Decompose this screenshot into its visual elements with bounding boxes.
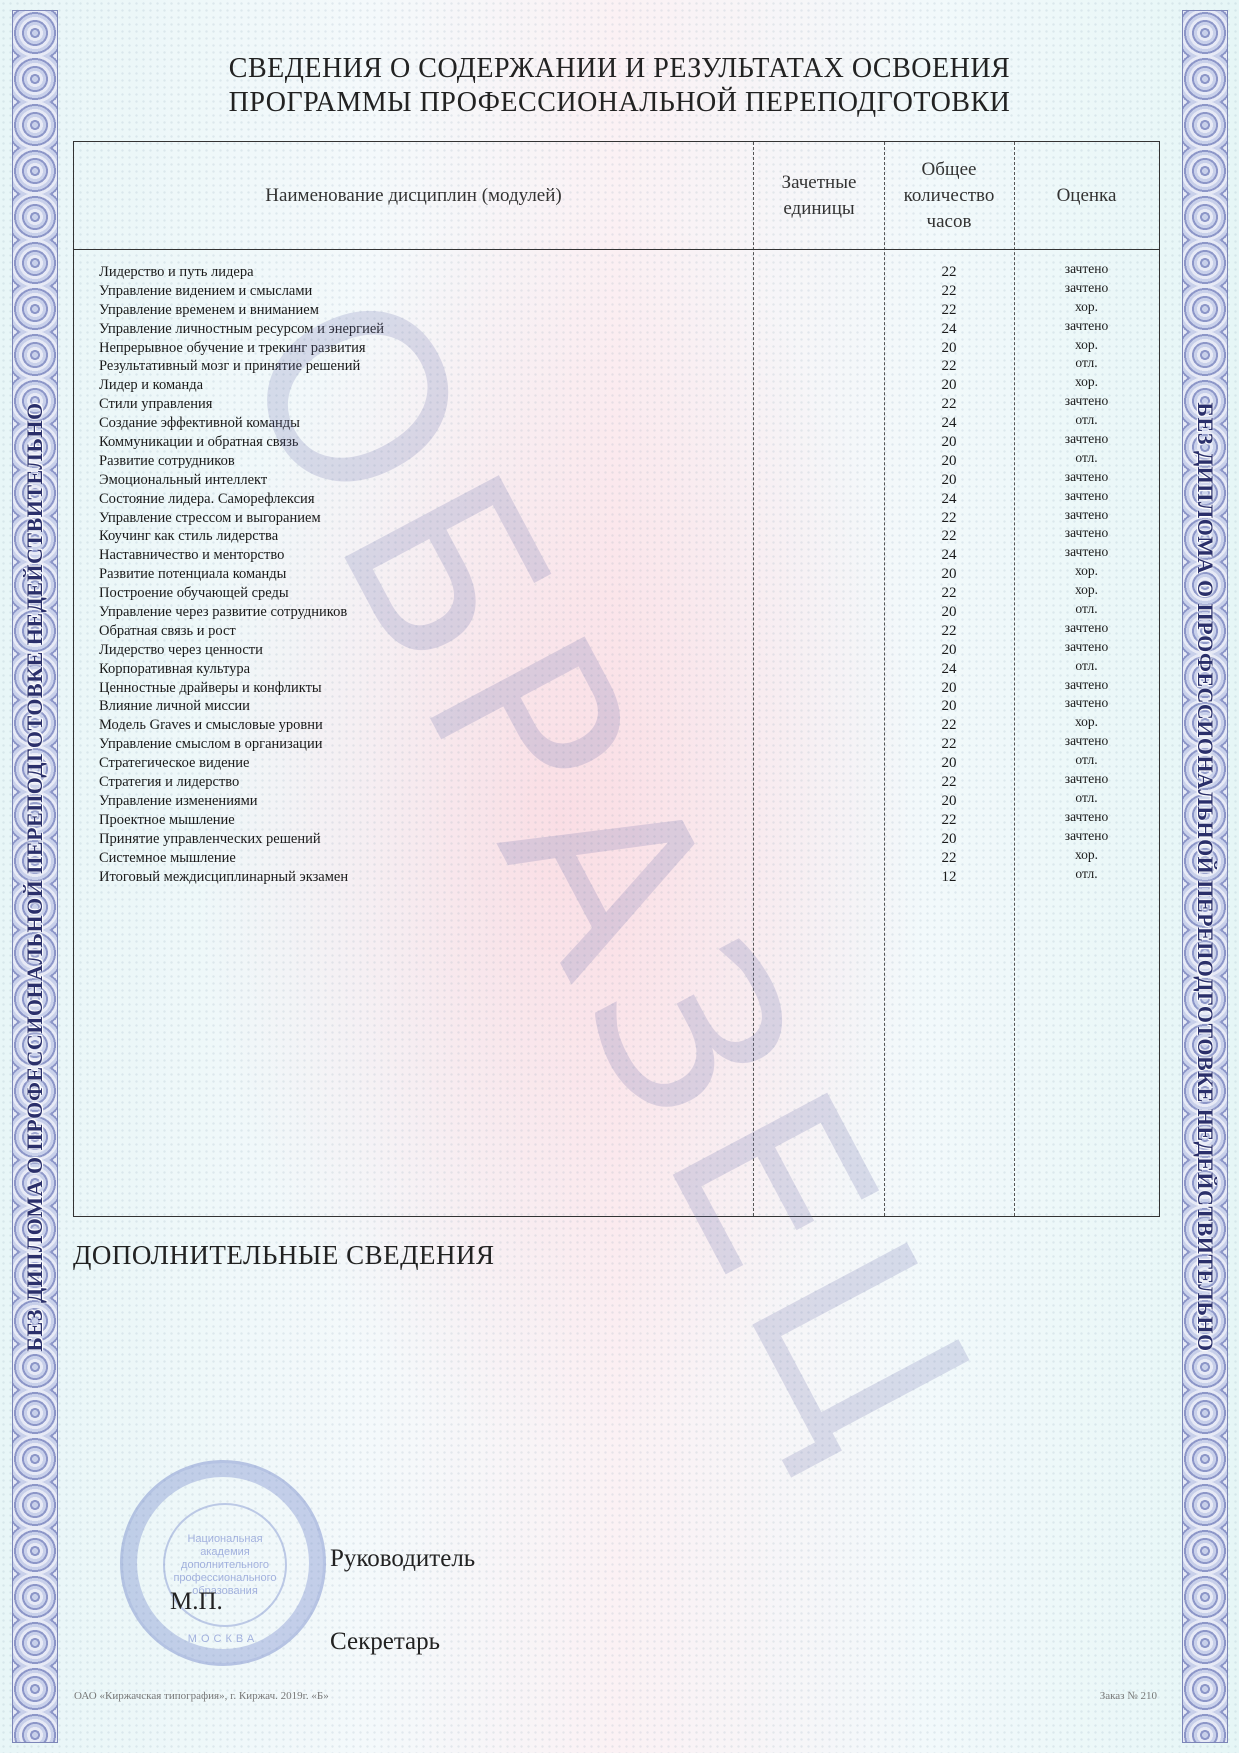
header-credits: Зачетные единицы <box>763 142 875 249</box>
grade-value: зачтено <box>1014 487 1159 505</box>
hours-value: 24 <box>884 414 1014 432</box>
hours-value: 22 <box>884 584 1014 602</box>
discipline-name: Стратегия и лидерство <box>99 773 239 791</box>
grade-value: зачтено <box>1014 619 1159 637</box>
discipline-name: Управление видением и смыслами <box>99 282 312 300</box>
discipline-name: Стили управления <box>99 395 212 413</box>
grade-value: хор. <box>1014 298 1159 316</box>
discipline-name: Управление личностным ресурсом и энергие… <box>99 320 384 338</box>
grade-value: зачтено <box>1014 694 1159 712</box>
table-row: Корпоративная культура24отл. <box>74 660 1159 679</box>
header-hours: Общее количество часов <box>894 142 1004 249</box>
grade-value: зачтено <box>1014 260 1159 278</box>
disciplines-table: Наименование дисциплин (модулей) Зачетны… <box>73 141 1160 1217</box>
hours-value: 20 <box>884 697 1014 715</box>
grade-value: отл. <box>1014 865 1159 883</box>
hours-value: 24 <box>884 490 1014 508</box>
table-row: Управление личностным ресурсом и энергие… <box>74 320 1159 339</box>
hours-value: 22 <box>884 263 1014 281</box>
hours-value: 22 <box>884 735 1014 753</box>
hours-value: 22 <box>884 301 1014 319</box>
grade-value: хор. <box>1014 581 1159 599</box>
grade-value: зачтено <box>1014 430 1159 448</box>
table-row: Построение обучающей среды22хор. <box>74 584 1159 603</box>
hours-value: 20 <box>884 433 1014 451</box>
table-row: Управление изменениями20отл. <box>74 792 1159 811</box>
hours-value: 20 <box>884 565 1014 583</box>
table-body: Лидерство и путь лидера22зачтеноУправлен… <box>74 263 1159 886</box>
hours-value: 20 <box>884 679 1014 697</box>
grade-value: отл. <box>1014 449 1159 467</box>
additional-info-heading: ДОПОЛНИТЕЛЬНЫЕ СВЕДЕНИЯ <box>73 1240 495 1271</box>
table-row: Лидерство и путь лидера22зачтено <box>74 263 1159 282</box>
stamp-place-label: М.П. <box>170 1588 223 1616</box>
table-row: Стили управления22зачтено <box>74 395 1159 414</box>
grade-value: хор. <box>1014 713 1159 731</box>
hours-value: 22 <box>884 811 1014 829</box>
hours-value: 12 <box>884 868 1014 886</box>
official-stamp: Национальная академия дополнительного пр… <box>120 1460 326 1666</box>
header-divider <box>74 249 1159 250</box>
director-signature-label: Руководитель <box>330 1545 475 1573</box>
table-row: Системное мышление22хор. <box>74 849 1159 868</box>
header-grade: Оценка <box>1014 142 1159 249</box>
printer-info: ОАО «Киржачская типография», г. Киржач. … <box>74 1690 329 1702</box>
table-row: Управление смыслом в организации22зачтен… <box>74 735 1159 754</box>
table-row: Обратная связь и рост22зачтено <box>74 622 1159 641</box>
table-row: Модель Graves и смысловые уровни22хор. <box>74 716 1159 735</box>
discipline-name: Модель Graves и смысловые уровни <box>99 716 323 734</box>
discipline-name: Влияние личной миссии <box>99 697 250 715</box>
table-row: Состояние лидера. Саморефлексия24зачтено <box>74 490 1159 509</box>
hours-value: 22 <box>884 357 1014 375</box>
left-security-border: БЕЗ ДИПЛОМА О ПРОФЕССИОНАЛЬНОЙ ПЕРЕПОДГО… <box>12 10 58 1743</box>
hours-value: 20 <box>884 641 1014 659</box>
left-border-text: БЕЗ ДИПЛОМА О ПРОФЕССИОНАЛЬНОЙ ПЕРЕПОДГО… <box>22 402 48 1351</box>
discipline-name: Создание эффективной команды <box>99 414 300 432</box>
discipline-name: Управление через развитие сотрудников <box>99 603 347 621</box>
discipline-name: Коммуникации и обратная связь <box>99 433 298 451</box>
grade-value: хор. <box>1014 562 1159 580</box>
discipline-name: Результативный мозг и принятие решений <box>99 357 360 375</box>
discipline-name: Наставничество и менторство <box>99 546 284 564</box>
discipline-name: Стратегическое видение <box>99 754 249 772</box>
discipline-name: Лидерство и путь лидера <box>99 263 254 281</box>
table-row: Лидер и команда20хор. <box>74 376 1159 395</box>
grade-value: хор. <box>1014 846 1159 864</box>
table-row: Управление видением и смыслами22зачтено <box>74 282 1159 301</box>
grade-value: зачтено <box>1014 827 1159 845</box>
discipline-name: Развитие сотрудников <box>99 452 235 470</box>
grade-value: зачтено <box>1014 732 1159 750</box>
table-row: Развитие потенциала команды20хор. <box>74 565 1159 584</box>
stamp-city: МОСКВА <box>123 1633 323 1645</box>
hours-value: 20 <box>884 754 1014 772</box>
table-row: Управление через развитие сотрудников20о… <box>74 603 1159 622</box>
table-row: Управление стрессом и выгоранием22зачтен… <box>74 509 1159 528</box>
header-discipline-name: Наименование дисциплин (модулей) <box>74 142 753 249</box>
table-row: Коммуникации и обратная связь20зачтено <box>74 433 1159 452</box>
discipline-name: Ценностные драйверы и конфликты <box>99 679 322 697</box>
hours-value: 22 <box>884 282 1014 300</box>
title-line-1: СВЕДЕНИЯ О СОДЕРЖАНИИ И РЕЗУЛЬТАТАХ ОСВО… <box>0 52 1239 86</box>
grade-value: отл. <box>1014 354 1159 372</box>
discipline-name: Управление стрессом и выгоранием <box>99 509 321 527</box>
discipline-name: Развитие потенциала команды <box>99 565 286 583</box>
title-line-2: ПРОГРАММЫ ПРОФЕССИОНАЛЬНОЙ ПЕРЕПОДГОТОВК… <box>0 86 1239 120</box>
discipline-name: Принятие управленческих решений <box>99 830 321 848</box>
discipline-name: Управление изменениями <box>99 792 258 810</box>
discipline-name: Корпоративная культура <box>99 660 250 678</box>
grade-value: зачтено <box>1014 506 1159 524</box>
right-security-border: БЕЗ ДИПЛОМА О ПРОФЕССИОНАЛЬНОЙ ПЕРЕПОДГО… <box>1182 10 1228 1743</box>
hours-value: 24 <box>884 660 1014 678</box>
hours-value: 24 <box>884 546 1014 564</box>
grade-value: зачтено <box>1014 317 1159 335</box>
table-row: Итоговый междисциплинарный экзамен12отл. <box>74 868 1159 887</box>
grade-value: отл. <box>1014 789 1159 807</box>
grade-value: зачтено <box>1014 468 1159 486</box>
discipline-name: Лидер и команда <box>99 376 203 394</box>
table-row: Проектное мышление22зачтено <box>74 811 1159 830</box>
table-row: Непрерывное обучение и трекинг развития2… <box>74 339 1159 358</box>
hours-value: 22 <box>884 716 1014 734</box>
table-row: Стратегическое видение20отл. <box>74 754 1159 773</box>
hours-value: 24 <box>884 320 1014 338</box>
discipline-name: Эмоциональный интеллект <box>99 471 267 489</box>
table-row: Создание эффективной команды24отл. <box>74 414 1159 433</box>
table-row: Наставничество и менторство24зачтено <box>74 546 1159 565</box>
discipline-name: Непрерывное обучение и трекинг развития <box>99 339 366 357</box>
grade-value: хор. <box>1014 373 1159 391</box>
grade-value: зачтено <box>1014 770 1159 788</box>
hours-value: 22 <box>884 773 1014 791</box>
table-row: Управление временем и вниманием22хор. <box>74 301 1159 320</box>
grade-value: хор. <box>1014 336 1159 354</box>
table-row: Эмоциональный интеллект20зачтено <box>74 471 1159 490</box>
order-number: Заказ № 210 <box>1100 1690 1157 1702</box>
table-row: Коучинг как стиль лидерства22зачтено <box>74 527 1159 546</box>
hours-value: 20 <box>884 792 1014 810</box>
grade-value: отл. <box>1014 751 1159 769</box>
table-row: Принятие управленческих решений20зачтено <box>74 830 1159 849</box>
table-row: Лидерство через ценности20зачтено <box>74 641 1159 660</box>
discipline-name: Состояние лидера. Саморефлексия <box>99 490 314 508</box>
discipline-name: Проектное мышление <box>99 811 235 829</box>
grade-value: зачтено <box>1014 524 1159 542</box>
hours-value: 20 <box>884 376 1014 394</box>
hours-value: 20 <box>884 471 1014 489</box>
grade-value: зачтено <box>1014 392 1159 410</box>
grade-value: зачтено <box>1014 638 1159 656</box>
discipline-name: Системное мышление <box>99 849 236 867</box>
hours-value: 22 <box>884 849 1014 867</box>
table-row: Результативный мозг и принятие решений22… <box>74 357 1159 376</box>
discipline-name: Управление временем и вниманием <box>99 301 319 319</box>
discipline-name: Коучинг как стиль лидерства <box>99 527 278 545</box>
grade-value: зачтено <box>1014 808 1159 826</box>
table-row: Влияние личной миссии20зачтено <box>74 697 1159 716</box>
grade-value: зачтено <box>1014 543 1159 561</box>
hours-value: 22 <box>884 395 1014 413</box>
secretary-signature-label: Секретарь <box>330 1628 440 1656</box>
table-row: Ценностные драйверы и конфликты20зачтено <box>74 679 1159 698</box>
hours-value: 22 <box>884 509 1014 527</box>
discipline-name: Лидерство через ценности <box>99 641 263 659</box>
grade-value: зачтено <box>1014 676 1159 694</box>
hours-value: 22 <box>884 622 1014 640</box>
grade-value: зачтено <box>1014 279 1159 297</box>
discipline-name: Построение обучающей среды <box>99 584 289 602</box>
hours-value: 20 <box>884 603 1014 621</box>
table-row: Развитие сотрудников20отл. <box>74 452 1159 471</box>
grade-value: отл. <box>1014 600 1159 618</box>
right-border-text: БЕЗ ДИПЛОМА О ПРОФЕССИОНАЛЬНОЙ ПЕРЕПОДГО… <box>1192 402 1218 1351</box>
hours-value: 20 <box>884 339 1014 357</box>
discipline-name: Итоговый междисциплинарный экзамен <box>99 868 348 886</box>
grade-value: отл. <box>1014 657 1159 675</box>
page-title: СВЕДЕНИЯ О СОДЕРЖАНИИ И РЕЗУЛЬТАТАХ ОСВО… <box>0 52 1239 120</box>
discipline-name: Управление смыслом в организации <box>99 735 322 753</box>
grade-value: отл. <box>1014 411 1159 429</box>
discipline-name: Обратная связь и рост <box>99 622 236 640</box>
hours-value: 22 <box>884 527 1014 545</box>
table-row: Стратегия и лидерство22зачтено <box>74 773 1159 792</box>
hours-value: 20 <box>884 452 1014 470</box>
hours-value: 20 <box>884 830 1014 848</box>
